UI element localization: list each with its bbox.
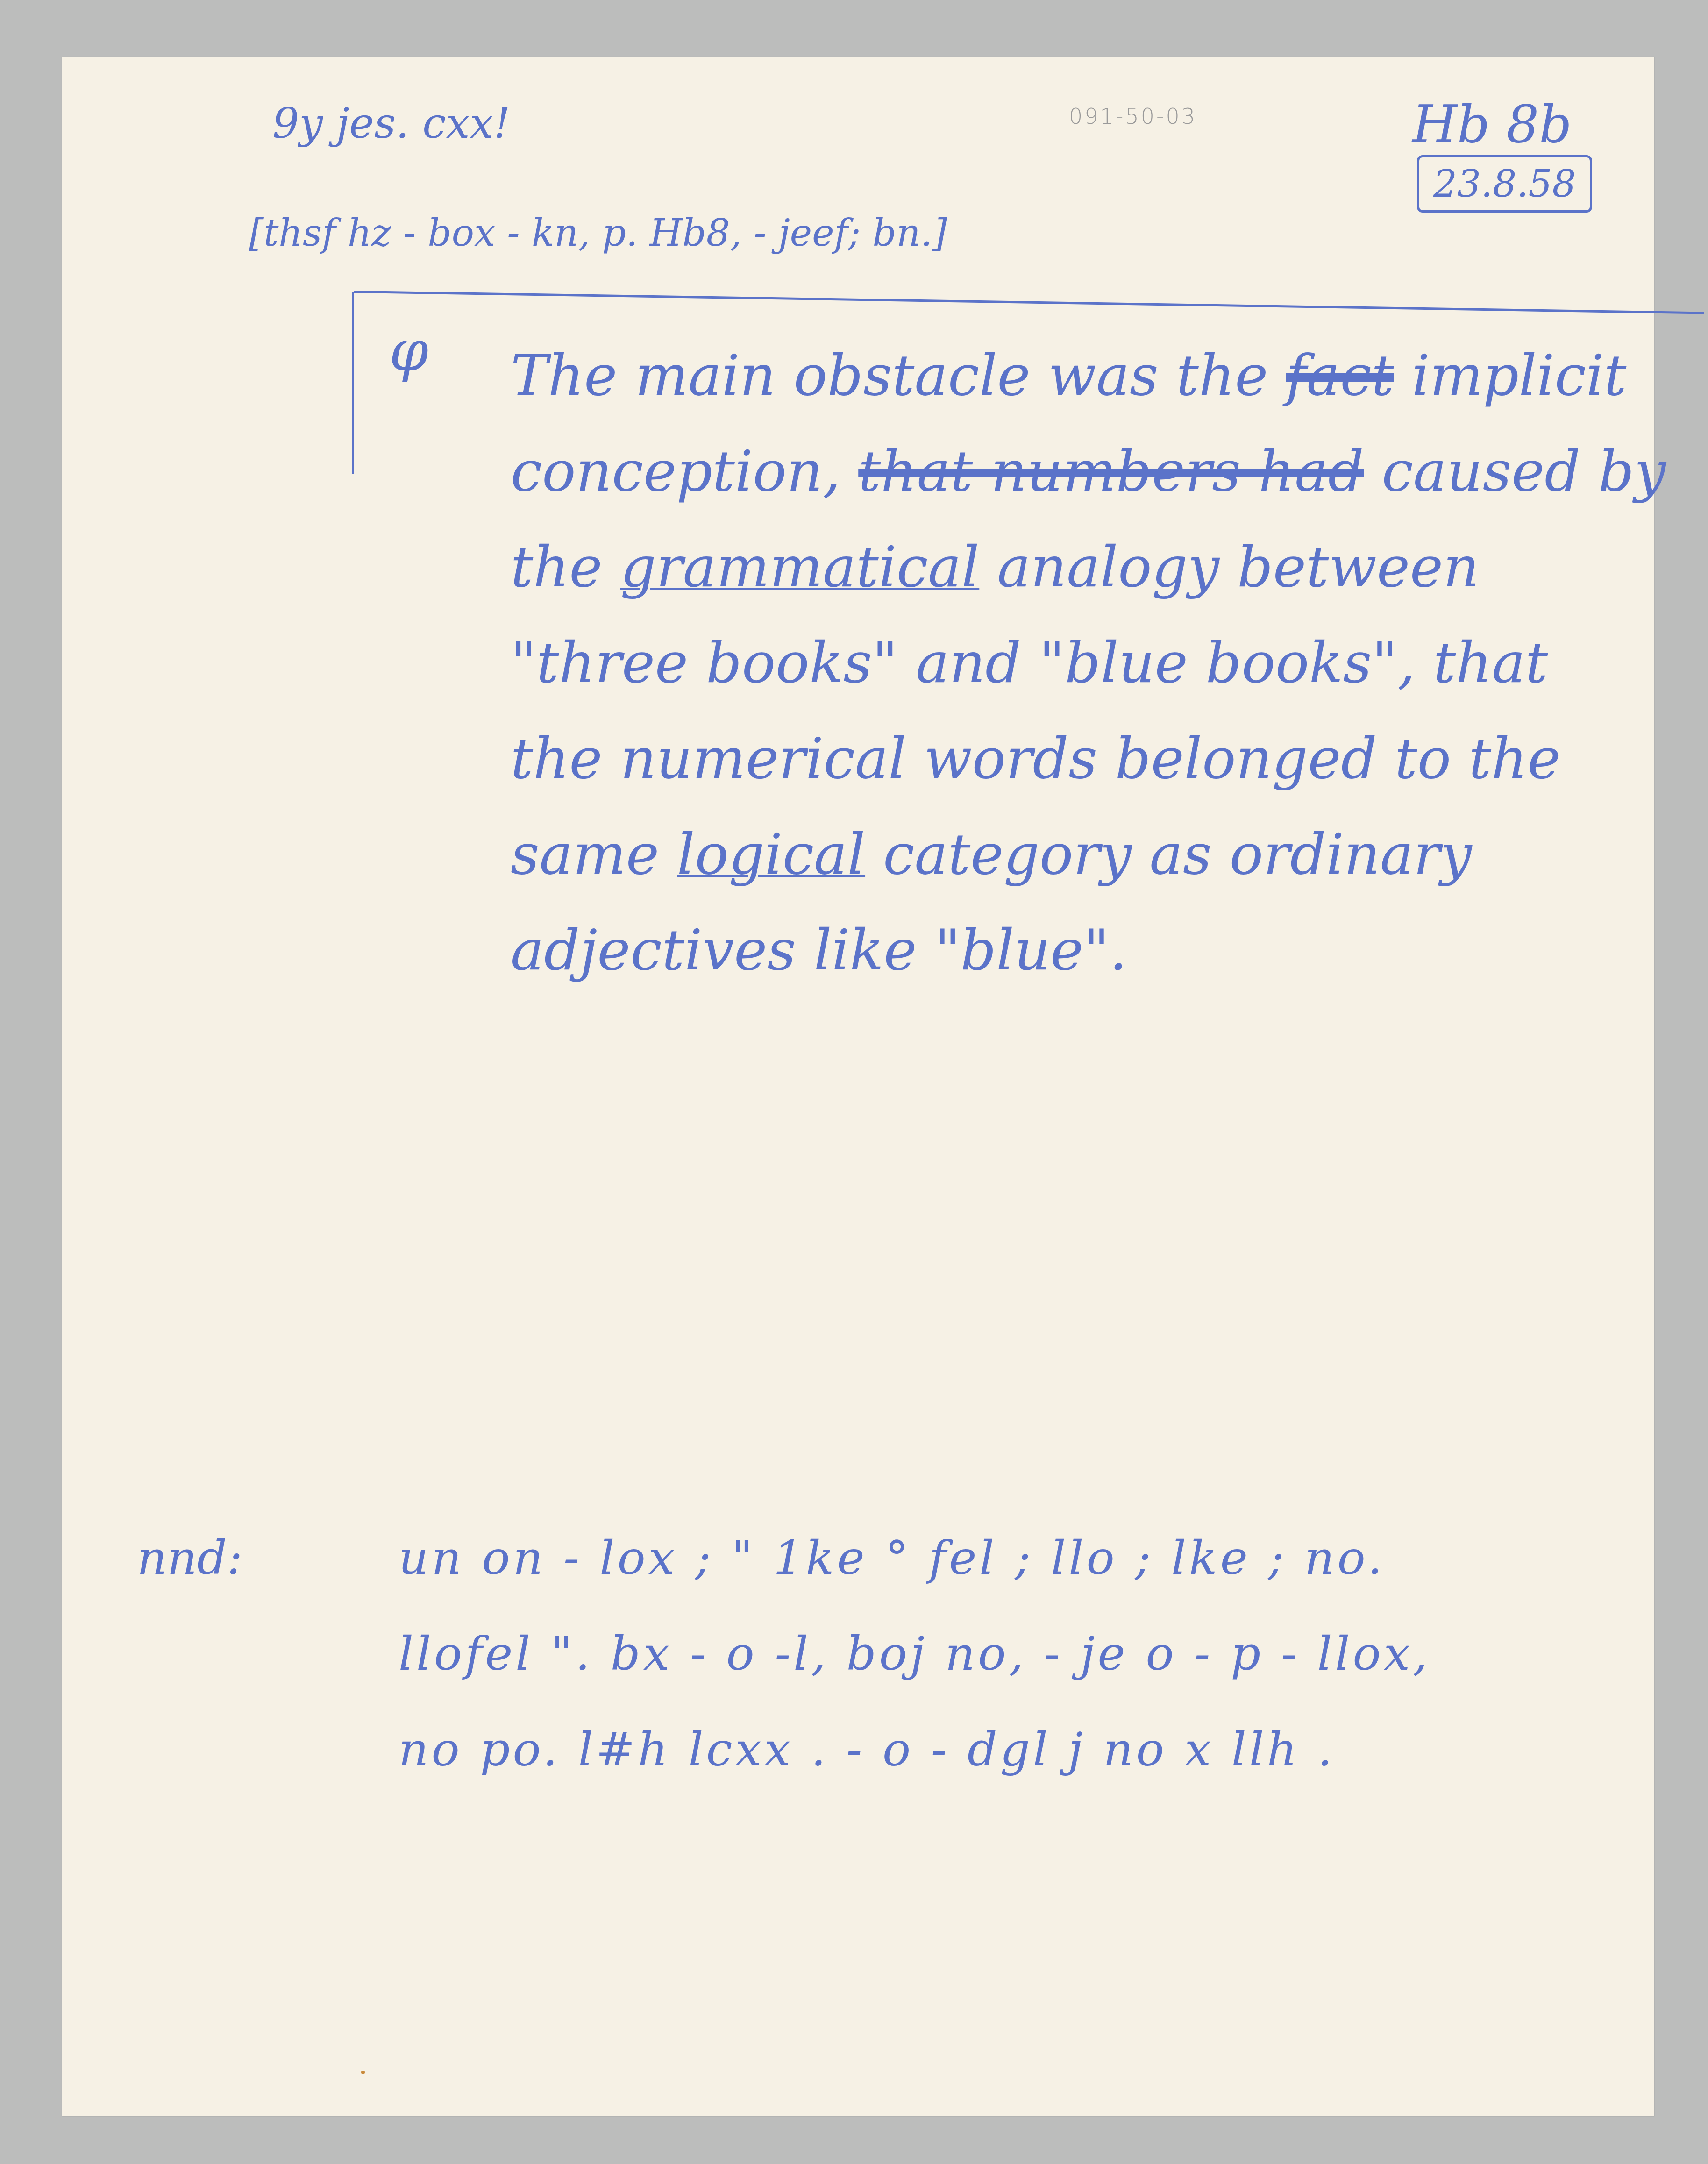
shorthand-line-1: un on - lox ; " 1ke ° fel ; llo ; lke ; … [399, 1510, 1707, 1606]
body-line-7: adjectives like "blue". [511, 903, 1679, 998]
date-box: 23.8.58 [1417, 155, 1592, 213]
underlined-logical: logical [677, 822, 865, 887]
body-line-1-text: The main obstacle was the [511, 343, 1268, 408]
archive-number: 091-50-03 [1069, 104, 1197, 129]
struck-phrase: that numbers had [858, 439, 1364, 504]
body-line-6-end: category as ordinary [883, 822, 1472, 887]
body-line-3: the grammatical analogy between [511, 520, 1679, 615]
body-line-1-end: implicit [1412, 343, 1627, 408]
body-paragraph: The main obstacle was the fact implicit … [511, 328, 1679, 998]
body-line-4: "three books" and "blue books", that [511, 615, 1679, 711]
body-line-1: The main obstacle was the fact implicit [511, 328, 1679, 424]
section-frame-top-line [354, 291, 1704, 314]
shorthand-lines: un on - lox ; " 1ke ° fel ; llo ; lke ; … [399, 1510, 1707, 1797]
underlined-grammatical: grammatical [620, 535, 980, 600]
date-text: 23.8.58 [1433, 162, 1576, 206]
body-line-3-end: analogy between [997, 535, 1479, 600]
body-line-6: same logical category as ordinary [511, 807, 1679, 903]
header-shorthand-note: 9y jes. cxx! [272, 99, 510, 148]
bracketed-shorthand-note: [thsf hz - box - kn, p. Hb8, - jeef; bn.… [249, 211, 947, 255]
body-line-2-end: caused by [1382, 439, 1666, 504]
shorthand-line-3: no po. l#h lcxx . - o - dgl j no x llh . [399, 1701, 1707, 1797]
section-phi-symbol: φ [389, 319, 428, 384]
paper-speck [361, 2071, 365, 2074]
body-line-2-text: conception, [511, 439, 840, 504]
struck-word-fact: fact [1286, 343, 1394, 408]
section-frame-left-line [352, 292, 354, 474]
manuscript-page: 091-50-03 9y jes. cxx! Hb 8b 23.8.58 [th… [62, 57, 1654, 2116]
body-line-5: the numerical words belonged to the [511, 711, 1679, 807]
body-line-3-text: the [511, 535, 603, 600]
shorthand-label: nnd: [137, 1510, 243, 1606]
body-line-6-text: same [511, 822, 659, 887]
body-line-2: conception, that numbers had caused by [511, 424, 1679, 520]
shorthand-line-2: llofel ". bx - o -l, boj no, - je o - p … [399, 1606, 1707, 1701]
page-reference: Hb 8b [1412, 94, 1572, 154]
